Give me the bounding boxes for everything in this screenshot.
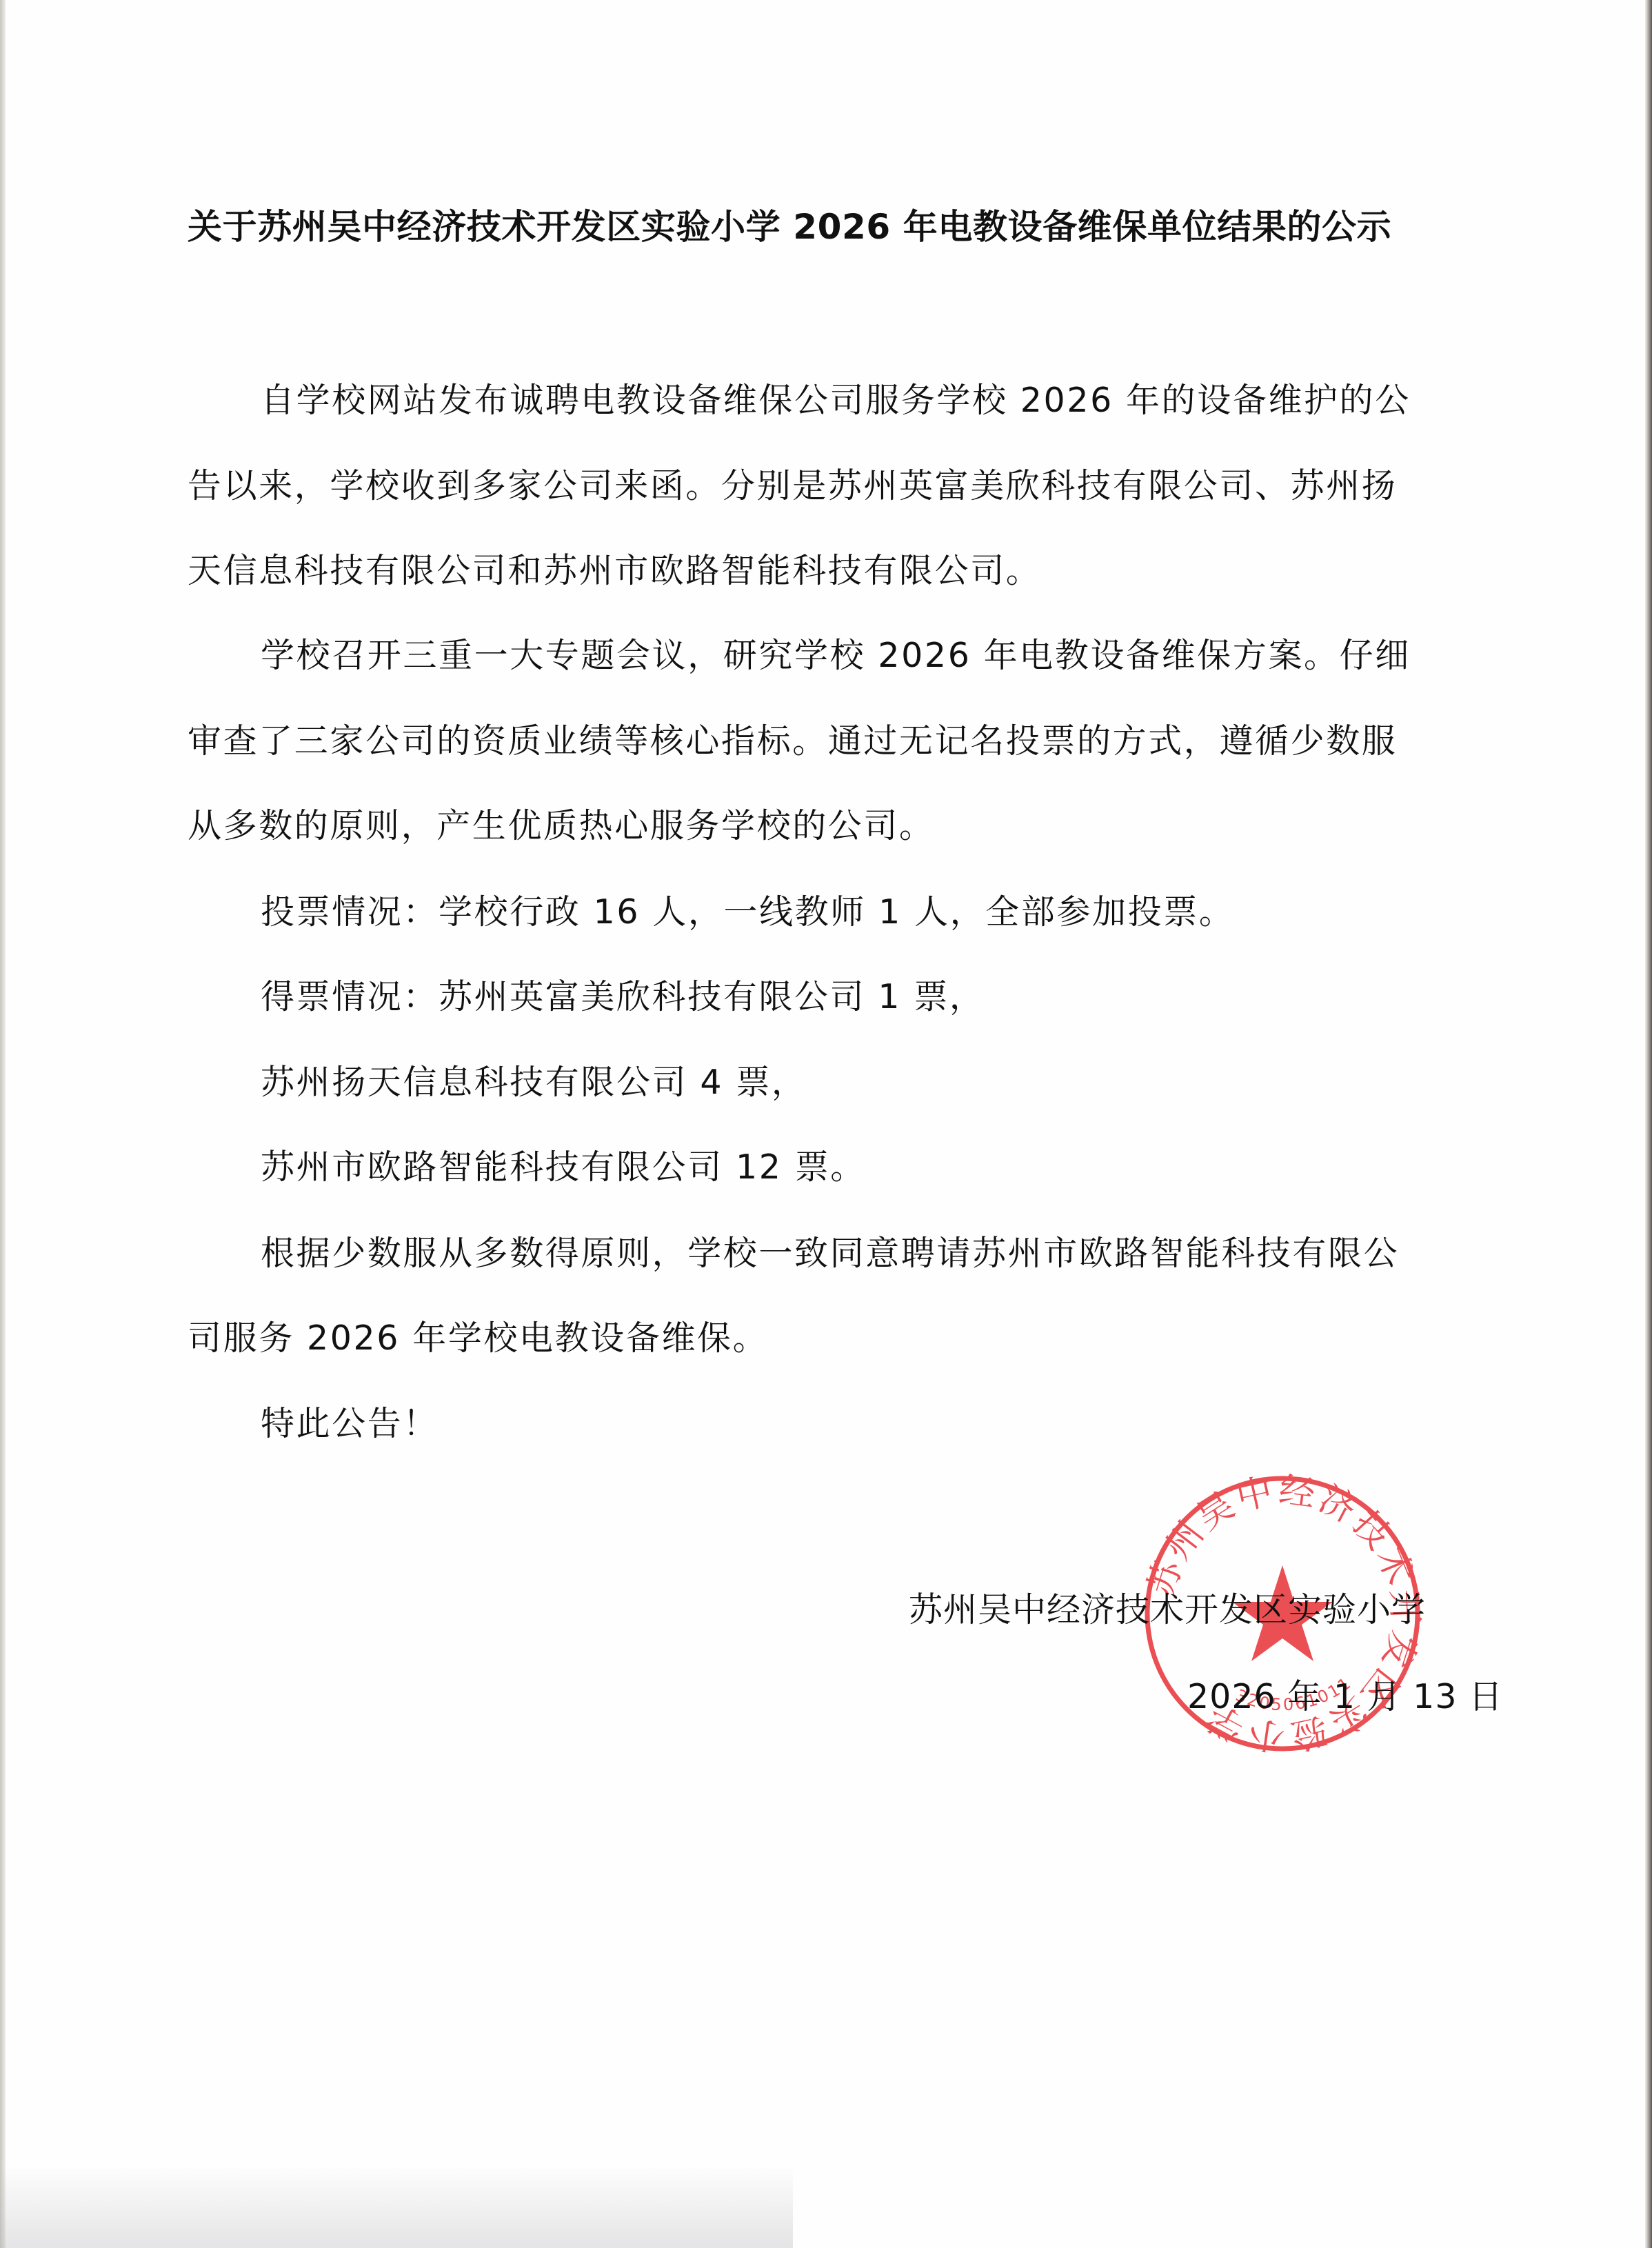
document-page: 关于苏州吴中经济技术开发区实验小学 2026 年电教设备维保单位结果的公示 自学… — [0, 0, 1652, 2248]
conclusion-line-2: 司服务 2026 年学校电教设备维保。 — [188, 1316, 768, 1361]
paragraph-2-line-2: 审查了三家公司的资质业绩等核心指标。通过无记名投票的方式，遵循少数服 — [188, 719, 1397, 764]
vote-result-3: 苏州市欧路智能科技有限公司 12 票。 — [261, 1145, 866, 1190]
voting-situation: 投票情况：学校行政 16 人，一线教师 1 人，全部参加投票。 — [261, 890, 1234, 935]
signature-organization: 苏州吴中经济技术开发区实验小学 — [909, 1587, 1426, 1633]
vote-result-2: 苏州扬天信息科技有限公司 4 票， — [261, 1060, 807, 1105]
page-edge-right — [1645, 0, 1652, 2248]
vote-result-1: 得票情况：苏州英富美欣科技有限公司 1 票， — [261, 974, 985, 1020]
closing-remark: 特此公告！ — [261, 1401, 439, 1447]
page-edge-left — [0, 0, 6, 2248]
scan-shadow — [0, 2165, 793, 2248]
paragraph-2-line-3: 从多数的原则，产生优质热心服务学校的公司。 — [188, 803, 935, 849]
paragraph-1-line-2: 告以来，学校收到多家公司来函。分别是苏州英富美欣科技有限公司、苏州扬 — [188, 463, 1397, 509]
paragraph-2-line-1: 学校召开三重一大专题会议，研究学校 2026 年电教设备维保方案。仔细 — [261, 633, 1411, 679]
document-title: 关于苏州吴中经济技术开发区实验小学 2026 年电教设备维保单位结果的公示 — [188, 203, 1498, 251]
paragraph-1-line-1: 自学校网站发布诚聘电教设备维保公司服务学校 2026 年的设备维护的公 — [261, 378, 1411, 423]
conclusion-line-1: 根据少数服从多数得原则，学校一致同意聘请苏州市欧路智能科技有限公 — [261, 1231, 1399, 1276]
signature-date: 2026 年 1 月 13 日 — [1187, 1674, 1503, 1720]
paragraph-1-line-3: 天信息科技有限公司和苏州市欧路智能科技有限公司。 — [188, 548, 1041, 594]
